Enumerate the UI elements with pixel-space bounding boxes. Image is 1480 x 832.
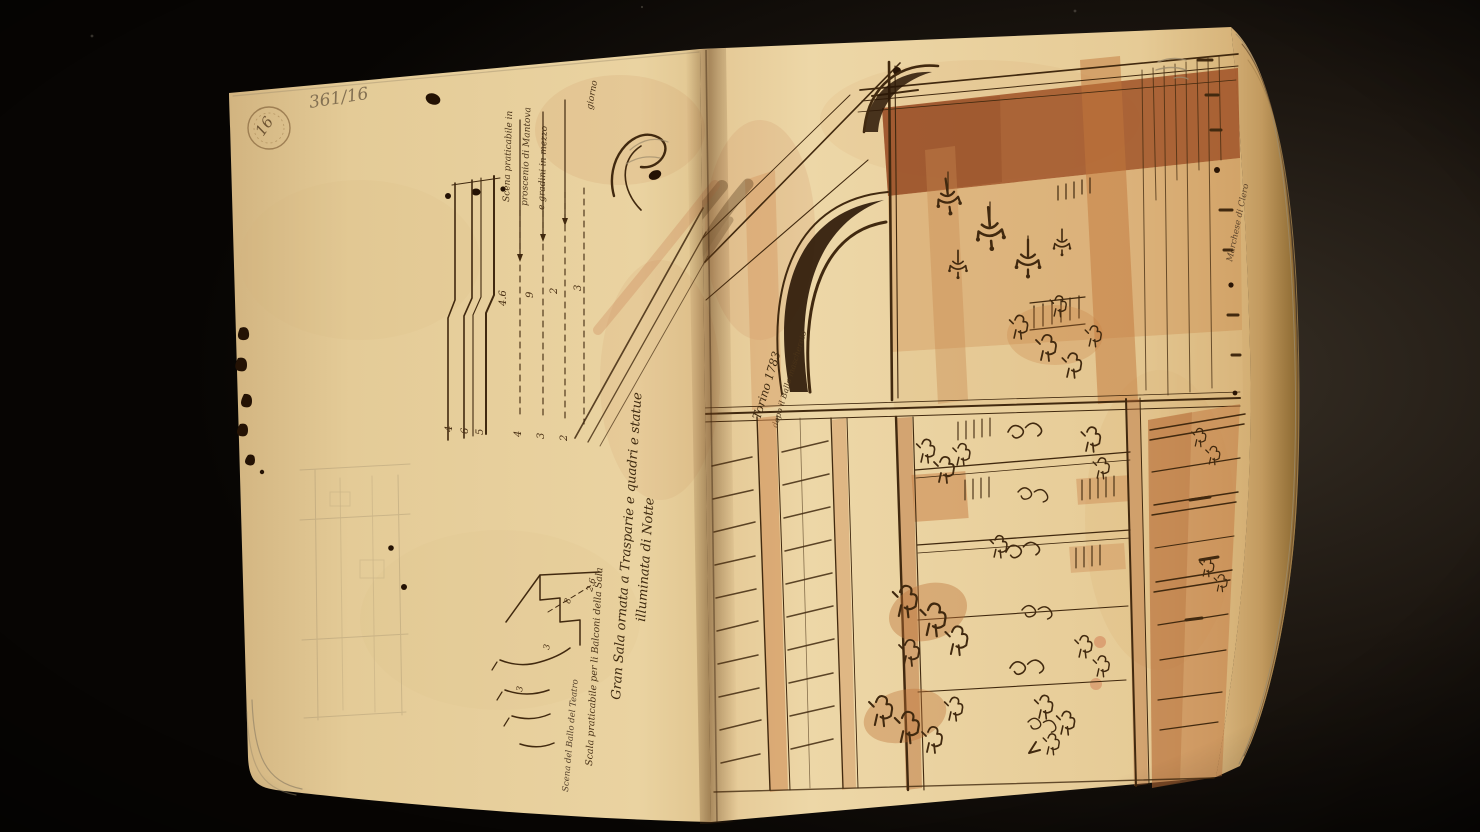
svg-text:4: 4 (444, 426, 455, 433)
sketchbook-scene: Torino 1783 dopo il Ballo mascherato (0, 0, 1480, 832)
svg-text:2: 2 (549, 288, 560, 295)
left-page: 16 361/16 (229, 49, 720, 822)
svg-text:3: 3 (536, 433, 547, 439)
svg-text:4: 4 (513, 431, 524, 438)
svg-text:3: 3 (573, 285, 584, 291)
svg-text:6: 6 (460, 427, 471, 434)
svg-text:2: 2 (559, 435, 570, 442)
svg-text:5: 5 (475, 429, 486, 435)
svg-text:4.6: 4.6 (498, 289, 509, 307)
photograph-of-open-sketchbook: Torino 1783 dopo il Ballo mascherato (0, 0, 1480, 832)
svg-text:9: 9 (525, 291, 536, 298)
